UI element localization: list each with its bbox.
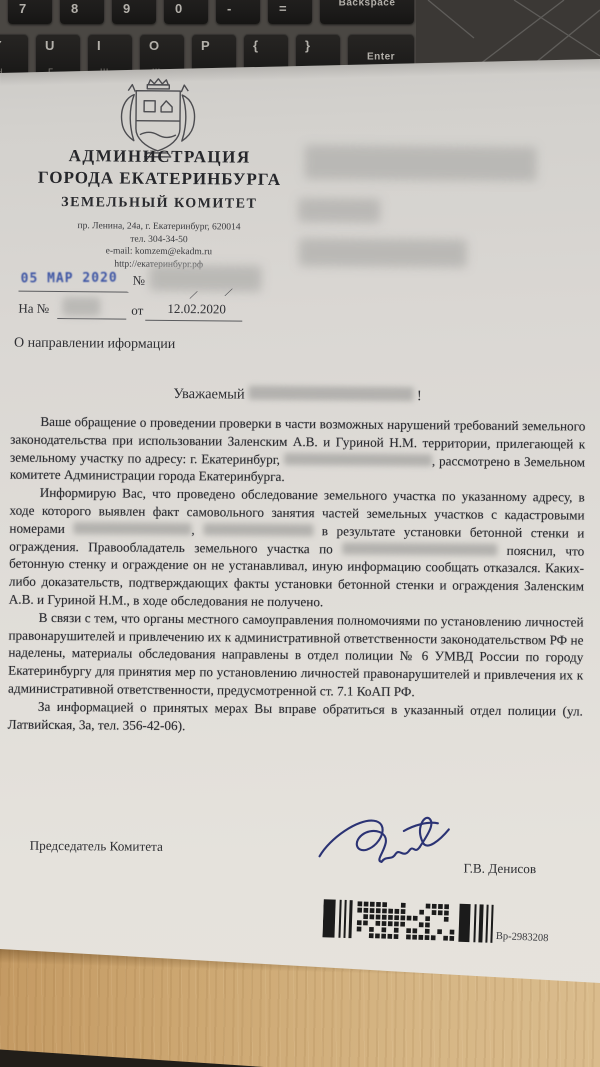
keyboard-key: = [268,0,312,24]
from-label: от [131,303,143,319]
letter-body: Ваше обращение о проведении проверки в ч… [8,413,586,738]
key-label: = [279,1,287,16]
keyboard-key: Backspace [320,0,414,24]
key-label: Backspace [339,0,396,9]
keyboard-key: 8 [60,0,104,24]
letter-paragraph: Информирую Вас, что проведено обследован… [9,484,585,614]
barcode-number: Вр-2983208 [496,931,549,944]
key-label: Y [0,38,2,53]
redacted-recipient-line1 [304,145,536,181]
key-label: 0 [175,1,183,16]
key-label: Enter [367,52,395,63]
key-label: I [97,38,101,53]
key-label: } [305,38,311,53]
key-label: O [149,38,160,53]
key-label: 9 [123,1,131,16]
key-label: 8 [71,1,79,16]
redacted-recipient-line3 [299,238,467,267]
signer-name: Г.В. Денисов [463,861,536,878]
reply-number-underline [57,318,126,320]
keyboard-key: - [216,0,260,24]
letter-content: АДМИНИСТРАЦИЯ ГОРОДА ЕКАТЕРИНБУРГА ЗЕМЕЛ… [0,0,600,1067]
key-label: { [253,38,259,53]
letter-paragraph: Ваше обращение о проведении проверки в ч… [10,413,586,489]
reply-date-underline [145,320,242,322]
keyboard-key: 7 [8,0,52,24]
keyboard-key: 9 [112,0,156,24]
incoming-date-stamp: 05 МАР 2020 [21,271,118,287]
letterhead: АДМИНИСТРАЦИЯ ГОРОДА ЕКАТЕРИНБУРГА ЗЕМЕЛ… [9,146,310,273]
reply-number-label: На № [18,301,49,317]
org-name-line1: АДМИНИСТРАЦИЯ [10,146,310,169]
keyboard-key: 0 [164,0,208,24]
paragraph-text: В связи с тем, что органы местного самоу… [8,610,584,699]
redacted-outgoing-number [150,265,262,292]
redacted-recipient-name [248,386,413,401]
redacted-reply-number [62,297,100,316]
key-label: - [227,1,232,16]
paragraph-text: За информацией о принятых мерах Вы вправ… [8,699,583,733]
letter-paper: АДМИНИСТРАЦИЯ ГОРОДА ЕКАТЕРИНБУРГА ЗЕМЕЛ… [0,0,600,1067]
org-name-line2: ГОРОДА ЕКАТЕРИНБУРГА [9,168,309,191]
redacted-recipient-line2 [298,198,380,223]
paragraph-text: , [191,522,203,537]
barcode [322,897,495,947]
number-label: № [133,273,146,289]
key-label: 7 [19,1,27,16]
photo-stage: 7890-=BackspaceYНUГIШOЩPЗ{Х}ЪEnter [0,0,600,1067]
salutation-suffix: ! [417,388,422,404]
salutation: Уважаемый ! [0,383,598,406]
redacted-text [203,523,313,536]
barcode-icon [322,897,495,947]
letter-paragraph: В связи с тем, что органы местного самоу… [8,608,584,702]
handwritten-signature [315,796,461,879]
key-label: U [45,38,55,53]
subject-line: О направлении иформации [14,336,175,353]
redacted-text [342,542,497,555]
key-label: P [201,38,210,53]
letter-paragraph: За информацией о принятых мерах Вы вправ… [8,697,583,738]
signer-position: Председатель Комитета [30,838,163,855]
redacted-text [284,453,432,466]
redacted-text [73,522,191,535]
reply-date: 12.02.2020 [167,301,226,318]
department-name: ЗЕМЕЛЬНЫЙ КОМИТЕТ [9,195,309,214]
stamp-underline [19,291,129,293]
salutation-prefix: Уважаемый [173,386,244,403]
